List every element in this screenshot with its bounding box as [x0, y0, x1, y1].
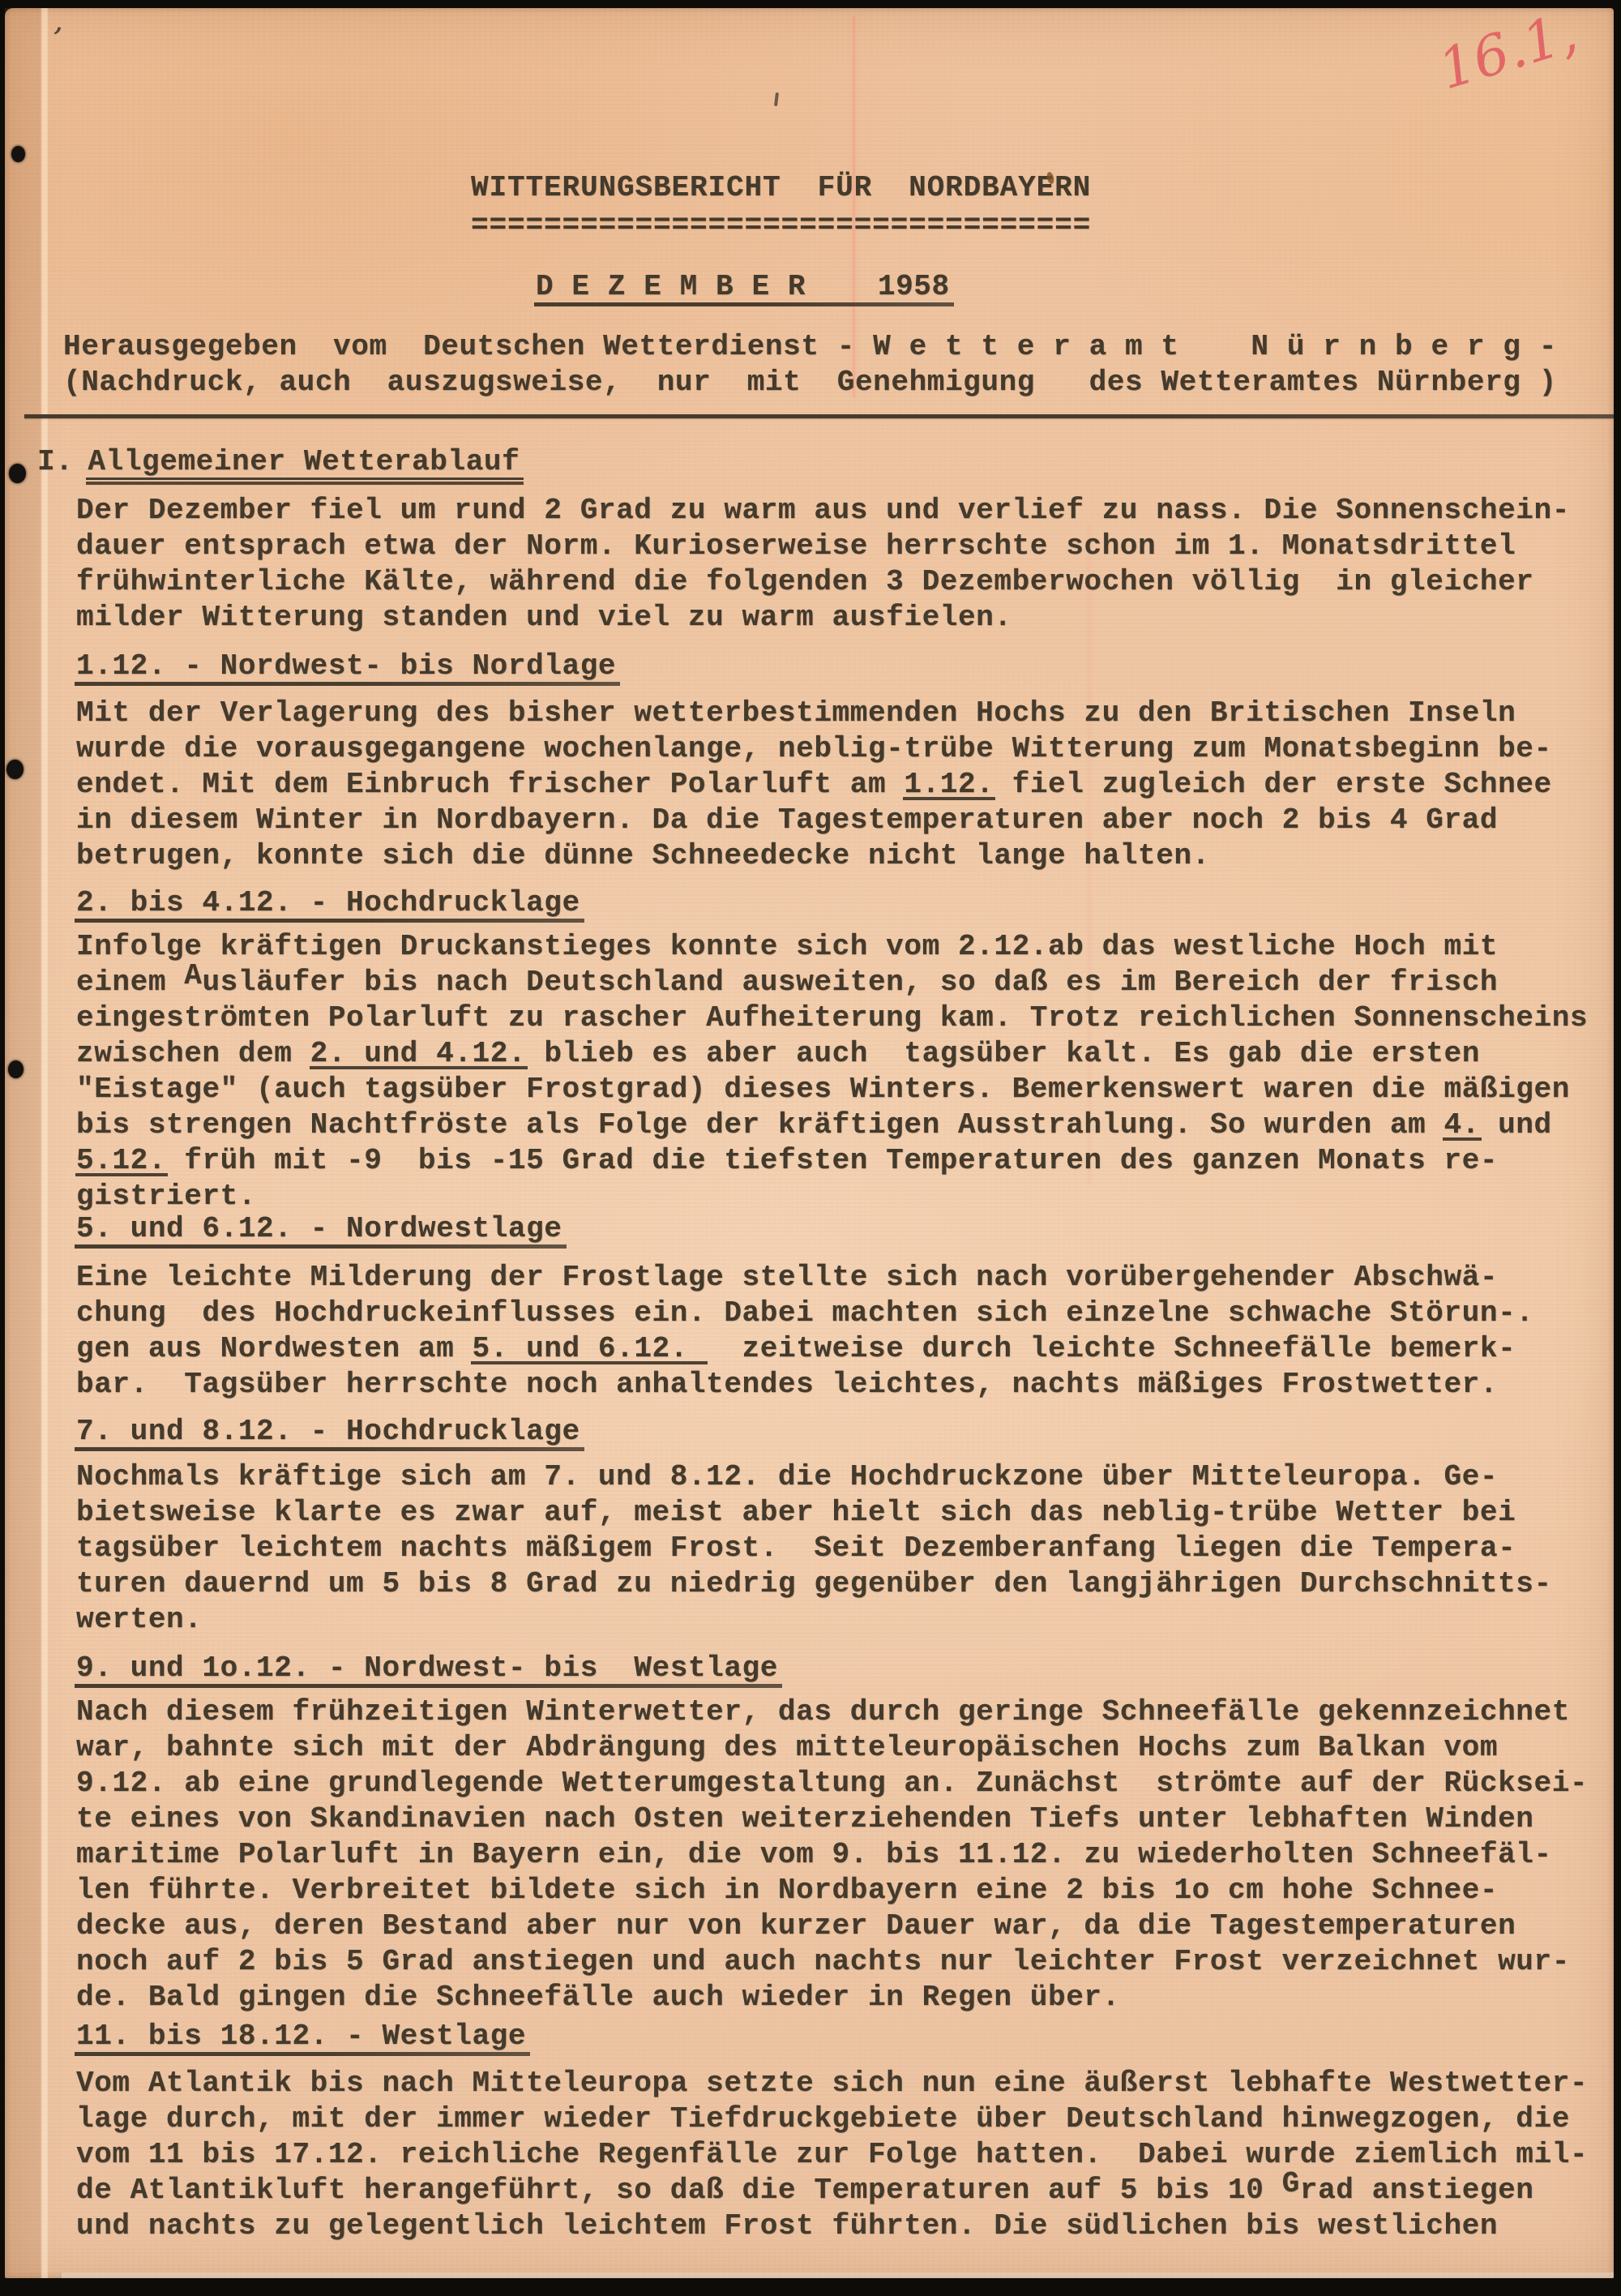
text-line: turen dauernd um 5 bis 8 Grad zu niedrig…: [76, 1566, 1552, 1602]
text-segment: eingeströmten Polarluft zu rascher Aufhe…: [76, 1001, 1588, 1034]
text-segment: de. Bald gingen die Schneefälle auch wie…: [76, 1981, 1120, 2014]
text-segment: werten.: [76, 1603, 202, 1636]
text-segment: maritime Polarluft in Bayern ein, die vo…: [76, 1838, 1552, 1871]
text-segment: usläufer bis nach Deutschland ausweiten,…: [202, 966, 1498, 999]
subsection-heading-text: 5. und 6.12. - Nordwestlage: [76, 1211, 562, 1247]
text-segment: te eines von Skandinavien nach Osten wei…: [76, 1802, 1533, 1836]
subsection-heading: 1.12. - Nordwest- bis Nordlage: [76, 649, 616, 684]
text-line: 9.12. ab eine grundlegende Wetterumgesta…: [76, 1766, 1588, 1801]
text-line: eingeströmten Polarluft zu rascher Aufhe…: [76, 1000, 1588, 1036]
text-segment: Infolge kräftigen Druckanstieges konnte …: [76, 930, 1498, 963]
text-line: war, bahnte sich mit der Abdrängung des …: [76, 1730, 1588, 1766]
text-line: einem Ausläufer bis nach Deutschland aus…: [76, 965, 1588, 1000]
text-line: lage durch, mit der immer wieder Tiefdru…: [76, 2101, 1588, 2137]
text-line: bis strengen Nachtfröste als Folge der k…: [76, 1107, 1588, 1143]
text-segment: und: [1480, 1108, 1552, 1142]
text-line: tagsüber leichtem nachts mäßigem Frost. …: [76, 1531, 1552, 1566]
scan-dot: [6, 760, 24, 779]
text-segment: gen aus Nordwesten am: [76, 1332, 472, 1365]
subsection-heading: 9. und 1o.12. - Nordwest- bis Westlage: [76, 1651, 778, 1686]
text-segment: A: [184, 958, 202, 994]
paragraph: Infolge kräftigen Druckanstieges konnte …: [76, 929, 1588, 1214]
text-line: frühwinterliche Kälte, während die folge…: [76, 564, 1570, 600]
scanned-document-page: { "page": { "paper_color": "#eec3a1", "i…: [0, 0, 1621, 2296]
text-line: bietsweise klarte es zwar auf, meist abe…: [76, 1495, 1552, 1531]
underlined-text: 2. und 4.12.: [310, 1036, 526, 1072]
underlined-text: 5. und 6.12.: [472, 1331, 706, 1367]
text-line: Eine leichte Milderung der Frostlage ste…: [76, 1260, 1533, 1296]
text-segment: früh mit -9 bis -15 Grad die tiefsten Te…: [166, 1144, 1498, 1177]
underlined-text: 1.12.: [904, 767, 994, 803]
underlined-text: 5.12.: [76, 1143, 166, 1179]
text-line: Der Dezember fiel um rund 2 Grad zu warm…: [76, 493, 1570, 529]
text-segment: fiel zugleich der erste Schnee: [994, 768, 1551, 801]
text-segment: Der Dezember fiel um rund 2 Grad zu warm…: [76, 494, 1570, 527]
text-segment: Eine leichte Milderung der Frostlage ste…: [76, 1261, 1498, 1294]
text-segment: decke aus, deren Bestand aber nur von ku…: [76, 1909, 1516, 1943]
text-line: in diesem Winter in Nordbayern. Da die T…: [76, 803, 1552, 838]
text-line: "Eistage" (auch tagsüber Frostgrad) dies…: [76, 1072, 1588, 1107]
text-segment: noch auf 2 bis 5 Grad anstiegen und auch…: [76, 1945, 1570, 1978]
text-segment: war, bahnte sich mit der Abdrängung des …: [76, 1731, 1498, 1764]
text-segment: lage durch, mit der immer wieder Tiefdru…: [76, 2102, 1570, 2135]
text-segment: chung des Hochdruckeinflusses ein. Dabei…: [76, 1296, 1533, 1330]
text-segment: bietsweise klarte es zwar auf, meist abe…: [76, 1496, 1516, 1529]
text-segment: de Atlantikluft herangeführt, so daß die…: [76, 2174, 1282, 2207]
text-line: de. Bald gingen die Schneefälle auch wie…: [76, 1980, 1588, 2015]
text-segment: betrugen, konnte sich die dünne Schneede…: [76, 839, 1210, 872]
text-segment: len führte. Verbreitet bildete sich in N…: [76, 1874, 1498, 1907]
text-line: Nach diesem frühzeitigen Winterwetter, d…: [76, 1694, 1588, 1730]
text-segment: milder Witterung standen und viel zu war…: [76, 601, 1012, 634]
text-line: und nachts zu gelegentlich leichtem Fros…: [76, 2208, 1588, 2244]
subsection-heading-text: 7. und 8.12. - Hochdrucklage: [76, 1414, 580, 1450]
paragraph: Mit der Verlagerung des bisher wetterbes…: [76, 696, 1552, 874]
text-segment: frühwinterliche Kälte, während die folge…: [76, 565, 1533, 598]
subsection-heading: 2. bis 4.12. - Hochdrucklage: [76, 885, 580, 921]
text-segment: rad anstiegen: [1300, 2174, 1534, 2207]
subsection-heading-text: 11. bis 18.12. - Westlage: [76, 2019, 526, 2054]
text-line: vom 11 bis 17.12. reichliche Regenfälle …: [76, 2137, 1588, 2173]
scan-dot: [8, 1060, 24, 1078]
subsection-heading: 5. und 6.12. - Nordwestlage: [76, 1211, 562, 1247]
text-segment: in diesem Winter in Nordbayern. Da die T…: [76, 803, 1498, 837]
subsection-heading-text: 2. bis 4.12. - Hochdrucklage: [76, 885, 580, 921]
text-segment: vom 11 bis 17.12. reichliche Regenfälle …: [76, 2138, 1588, 2171]
subsection-heading-text: 1.12. - Nordwest- bis Nordlage: [76, 649, 616, 684]
text-segment: turen dauernd um 5 bis 8 Grad zu niedrig…: [76, 1567, 1552, 1600]
paper-sheet: WITTERUNGSBERICHT FÜR NORDBAYERN =======…: [5, 8, 1614, 2278]
paragraph: Der Dezember fiel um rund 2 Grad zu warm…: [76, 493, 1570, 636]
text-segment: "Eistage" (auch tagsüber Frostgrad) dies…: [76, 1073, 1570, 1106]
underlined-text: 4.: [1444, 1107, 1479, 1143]
text-line: milder Witterung standen und viel zu war…: [76, 600, 1570, 636]
text-segment: zeitweise durch leichte Schneefälle beme…: [706, 1332, 1516, 1365]
text-line: Vom Atlantik bis nach Mitteleuropa setzt…: [76, 2066, 1588, 2101]
text-line: 5.12. früh mit -9 bis -15 Grad die tiefs…: [76, 1143, 1588, 1179]
scan-dot: [11, 146, 25, 162]
text-line: chung des Hochdruckeinflusses ein. Dabei…: [76, 1296, 1533, 1331]
text-line: betrugen, konnte sich die dünne Schneede…: [76, 838, 1552, 874]
text-line: te eines von Skandinavien nach Osten wei…: [76, 1801, 1588, 1837]
text-line: Mit der Verlagerung des bisher wetterbes…: [76, 696, 1552, 731]
text-line: wurde die vorausgegangene wochenlange, n…: [76, 731, 1552, 767]
text-line: noch auf 2 bis 5 Grad anstiegen und auch…: [76, 1944, 1588, 1980]
text-segment: endet. Mit dem Einbruch frischer Polarlu…: [76, 768, 904, 801]
text-line: Infolge kräftigen Druckanstieges konnte …: [76, 929, 1588, 965]
text-line: len führte. Verbreitet bildete sich in N…: [76, 1873, 1588, 1908]
document-body: Der Dezember fiel um rund 2 Grad zu warm…: [5, 8, 1614, 2278]
text-segment: bis strengen Nachtfröste als Folge der k…: [76, 1108, 1444, 1142]
text-line: bar. Tagsüber herrschte noch anhaltendes…: [76, 1367, 1533, 1403]
text-segment: 9.12. ab eine grundlegende Wetterumgesta…: [76, 1767, 1588, 1800]
text-line: endet. Mit dem Einbruch frischer Polarlu…: [76, 767, 1552, 803]
paragraph: Eine leichte Milderung der Frostlage ste…: [76, 1260, 1533, 1403]
text-segment: einem: [76, 966, 184, 999]
text-segment: Nach diesem frühzeitigen Winterwetter, d…: [76, 1695, 1570, 1728]
subsection-heading: 11. bis 18.12. - Westlage: [76, 2019, 526, 2054]
text-segment: gistriert.: [76, 1180, 256, 1213]
text-segment: zwischen dem: [76, 1037, 310, 1070]
text-segment: und nachts zu gelegentlich leichtem Fros…: [76, 2209, 1498, 2242]
paragraph: Nach diesem frühzeitigen Winterwetter, d…: [76, 1694, 1588, 2015]
text-segment: Vom Atlantik bis nach Mitteleuropa setzt…: [76, 2067, 1588, 2100]
paragraph: Nochmals kräftige sich am 7. und 8.12. d…: [76, 1459, 1552, 1638]
text-line: dauer entsprach etwa der Norm. Kurioserw…: [76, 529, 1570, 564]
text-line: maritime Polarluft in Bayern ein, die vo…: [76, 1837, 1588, 1873]
text-line: werten.: [76, 1602, 1552, 1638]
scan-dot: [9, 464, 26, 483]
text-line: gen aus Nordwesten am 5. und 6.12. zeitw…: [76, 1331, 1533, 1367]
text-line: gistriert.: [76, 1179, 1588, 1214]
text-segment: bar. Tagsüber herrschte noch anhaltendes…: [76, 1368, 1498, 1401]
paragraph: Vom Atlantik bis nach Mitteleuropa setzt…: [76, 2066, 1588, 2244]
text-line: de Atlantikluft herangeführt, so daß die…: [76, 2173, 1588, 2208]
subsection-heading: 7. und 8.12. - Hochdrucklage: [76, 1414, 580, 1450]
text-line: Nochmals kräftige sich am 7. und 8.12. d…: [76, 1459, 1552, 1495]
text-segment: wurde die vorausgegangene wochenlange, n…: [76, 732, 1552, 765]
text-segment: Mit der Verlagerung des bisher wetterbes…: [76, 696, 1516, 730]
text-line: decke aus, deren Bestand aber nur von ku…: [76, 1908, 1588, 1944]
text-segment: blieb es aber auch tagsüber kalt. Es gab…: [526, 1037, 1480, 1070]
text-segment: G: [1282, 2166, 1300, 2202]
text-segment: tagsüber leichtem nachts mäßigem Frost. …: [76, 1531, 1516, 1565]
text-segment: Nochmals kräftige sich am 7. und 8.12. d…: [76, 1460, 1498, 1493]
text-segment: dauer entsprach etwa der Norm. Kurioserw…: [76, 529, 1516, 563]
subsection-heading-text: 9. und 1o.12. - Nordwest- bis Westlage: [76, 1651, 778, 1686]
text-line: zwischen dem 2. und 4.12. blieb es aber …: [76, 1036, 1588, 1072]
